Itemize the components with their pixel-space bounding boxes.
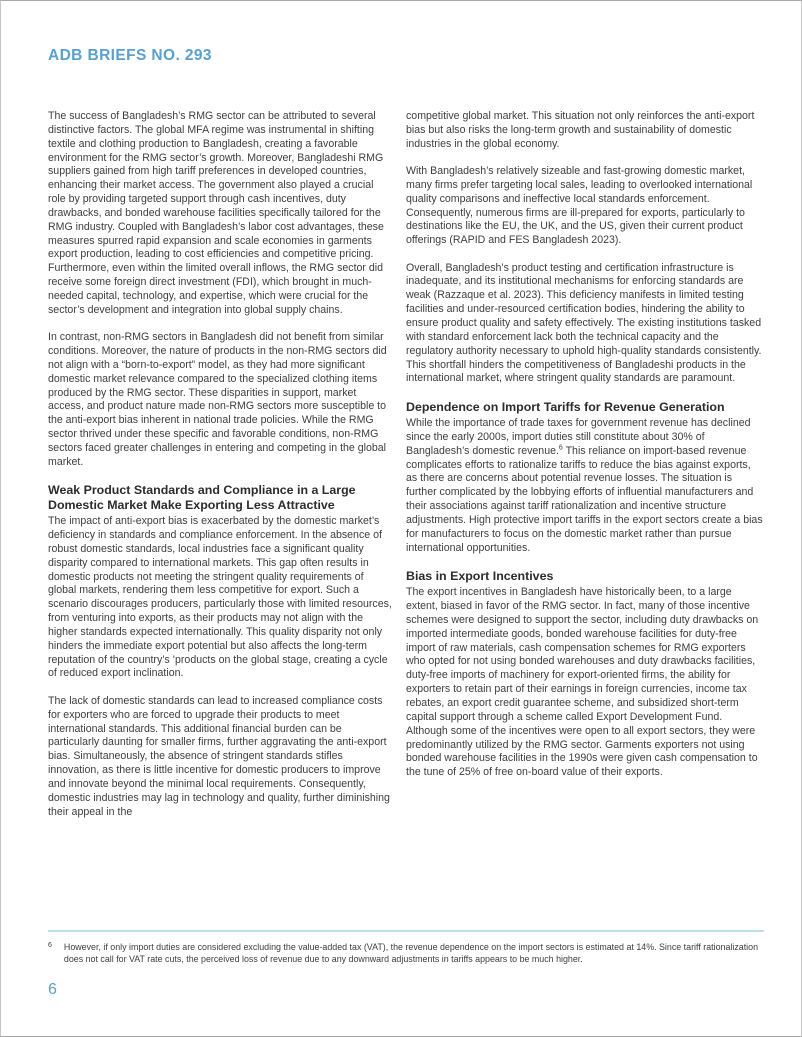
paragraph-non-rmg-contrast: In contrast, non-RMG sectors in Banglade… [48, 331, 393, 469]
footnote-marker: 6 [48, 942, 52, 949]
brief-series-title: ADB BRIEFS NO. 293 [48, 47, 212, 65]
paragraph-domestic-market-preference: With Bangladesh’s relatively sizeable an… [406, 165, 764, 248]
section-heading-import-tariffs: Dependence on Import Tariffs for Revenue… [406, 400, 764, 415]
paragraph-trade-taxes: While the importance of trade taxes for … [406, 417, 764, 555]
two-column-body: The success of Bangladesh’s RMG sector c… [48, 110, 764, 819]
section-heading-export-incentives: Bias in Export Incentives [406, 569, 764, 584]
paragraph-export-incentives: The export incentives in Bangladesh have… [406, 586, 764, 780]
paragraph-rmg-success: The success of Bangladesh’s RMG sector c… [48, 110, 393, 318]
paragraph-anti-export-bias: The impact of anti-export bias is exacer… [48, 515, 393, 681]
paragraph-testing-certification: Overall, Bangladesh’s product testing an… [406, 262, 764, 387]
page-number: 6 [48, 981, 57, 999]
footnote-divider [48, 930, 764, 932]
left-column: The success of Bangladesh’s RMG sector c… [48, 110, 393, 819]
paragraph-global-market-continuation: competitive global market. This situatio… [406, 110, 764, 152]
footnote-text: However, if only import duties are consi… [64, 941, 764, 965]
footnote: 6 However, if only import duties are con… [48, 941, 764, 965]
right-column: competitive global market. This situatio… [406, 110, 764, 819]
paragraph-trade-taxes-part2: This reliance on import-based revenue co… [406, 445, 763, 554]
document-page: ADB BRIEFS NO. 293 The success of Bangla… [0, 0, 802, 1037]
footnote-section: 6 However, if only import duties are con… [48, 930, 764, 965]
section-heading-weak-product-standards: Weak Product Standards and Compliance in… [48, 483, 393, 513]
paragraph-compliance-costs: The lack of domestic standards can lead … [48, 695, 393, 820]
